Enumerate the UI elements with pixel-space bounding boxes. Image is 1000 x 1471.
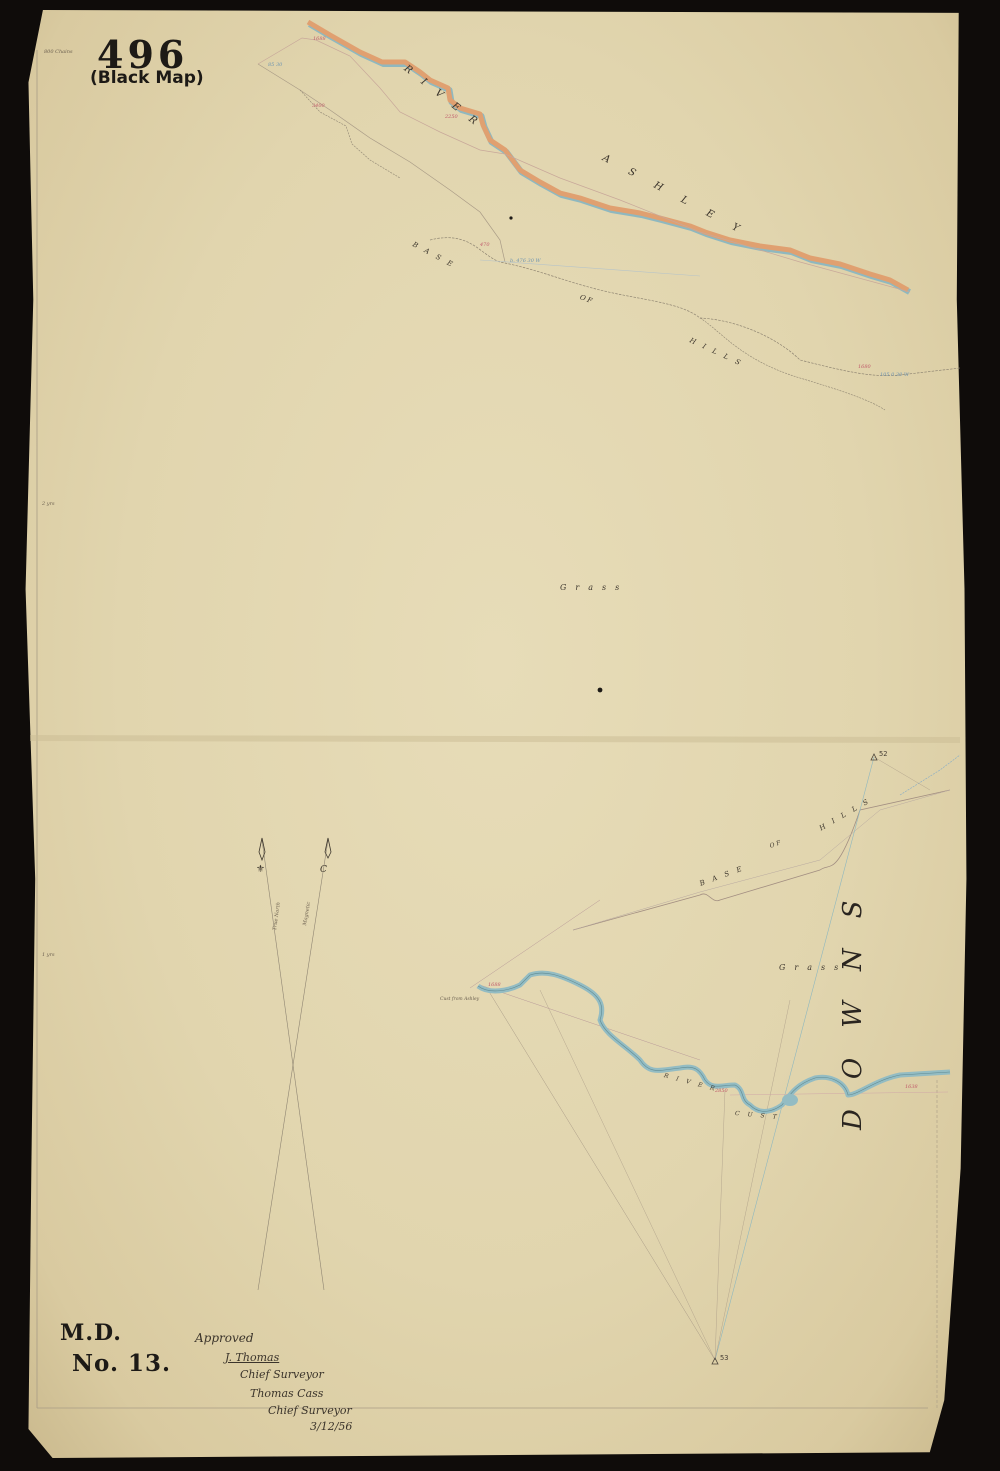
svg-text:85 30: 85 30 [268,62,283,68]
svg-text:1688: 1688 [313,36,326,42]
margin-tick-1: 2 yrs [42,501,55,507]
approval-approved: Approved [195,1331,254,1345]
approval-title-2: Chief Surveyor [268,1404,352,1417]
triangulation-station-bottom: 53 [720,1354,728,1362]
map-linework: 1688 85 30 3400 2250 470 b. 476 30 W 168… [0,0,1000,1471]
scale-note: 800 Chains [44,49,73,55]
svg-text:C: C [320,865,327,875]
svg-text:1688: 1688 [488,982,501,988]
svg-text:Cust from Ashley: Cust from Ashley [440,996,480,1002]
svg-text:⚜: ⚜ [256,864,265,875]
approval-date: 3/12/56 [310,1420,352,1433]
approval-title-1: Chief Surveyor [240,1368,324,1381]
label-grass-mid: Grass [560,583,628,592]
label-grass-bottom: Grass [779,963,847,972]
svg-text:105 0 30 W: 105 0 30 W [880,372,910,378]
district-label: M.D. [60,1320,122,1346]
svg-text:1680: 1680 [858,364,872,370]
district-number: No. 13. [72,1350,171,1377]
svg-text:470: 470 [479,242,490,248]
triangulation-station-top: 52 [879,750,887,758]
svg-text:3400: 3400 [312,103,326,109]
svg-text:b. 476 30 W: b. 476 30 W [510,258,541,264]
approval-signature-1: J. Thomas [225,1351,279,1364]
map-type-label: (Black Map) [90,68,204,88]
label-downs: DOWNS [838,871,868,1130]
margin-tick-2: 1 yrs [42,952,55,958]
svg-text:1638: 1638 [905,1084,918,1090]
approval-signature-2: Thomas Cass [250,1387,323,1400]
